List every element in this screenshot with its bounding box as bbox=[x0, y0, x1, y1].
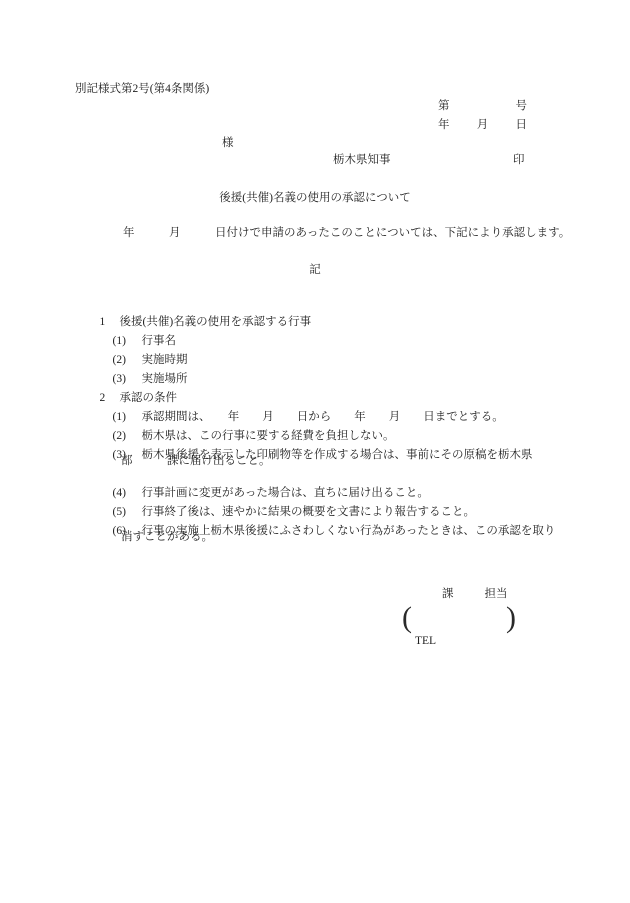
open-paren-glyph: ( bbox=[402, 600, 412, 636]
issuer-name: 栃木県知事 bbox=[333, 154, 391, 167]
day-label: 日 bbox=[516, 119, 528, 132]
close-paren-glyph: ) bbox=[506, 600, 516, 636]
doc-date-line: 年 月 日 bbox=[438, 119, 527, 132]
doc-number-suffix: 号 bbox=[516, 100, 528, 113]
list-item-continuation: 部 課に届け出ること。 bbox=[121, 455, 271, 468]
seal-mark: 印 bbox=[513, 154, 525, 167]
document-title: 後援(共催)名義の使用の承認について bbox=[0, 192, 630, 205]
addressee-honorific: 様 bbox=[222, 137, 234, 150]
division-label: 課 bbox=[442, 588, 454, 600]
list-item-continuation: 消すことがある。 bbox=[121, 531, 213, 544]
year-label: 年 bbox=[438, 119, 450, 132]
contact-block: ( 課担当 TEL ) bbox=[402, 558, 516, 678]
document-page: 別記様式第2号(第4条関係) 第 号 年 月 日 様 栃木県知事 印 後援(共催… bbox=[0, 0, 630, 903]
doc-number-line: 第 号 bbox=[438, 100, 527, 113]
contact-row-division: 課担当 bbox=[415, 584, 503, 605]
record-marker: 記 bbox=[0, 264, 630, 277]
tel-label: TEL bbox=[415, 635, 436, 647]
form-label: 別記様式第2号(第4条関係) bbox=[75, 83, 209, 96]
month-label: 月 bbox=[477, 119, 489, 132]
doc-number-prefix: 第 bbox=[438, 100, 450, 113]
contact-row-tel: TEL bbox=[415, 631, 503, 652]
staff-label: 担当 bbox=[485, 588, 508, 600]
request-sentence: 年 月 日付けで申請のあったこのことについては、下記により承認します。 bbox=[123, 227, 570, 240]
contact-inner: 課担当 TEL bbox=[415, 558, 503, 678]
